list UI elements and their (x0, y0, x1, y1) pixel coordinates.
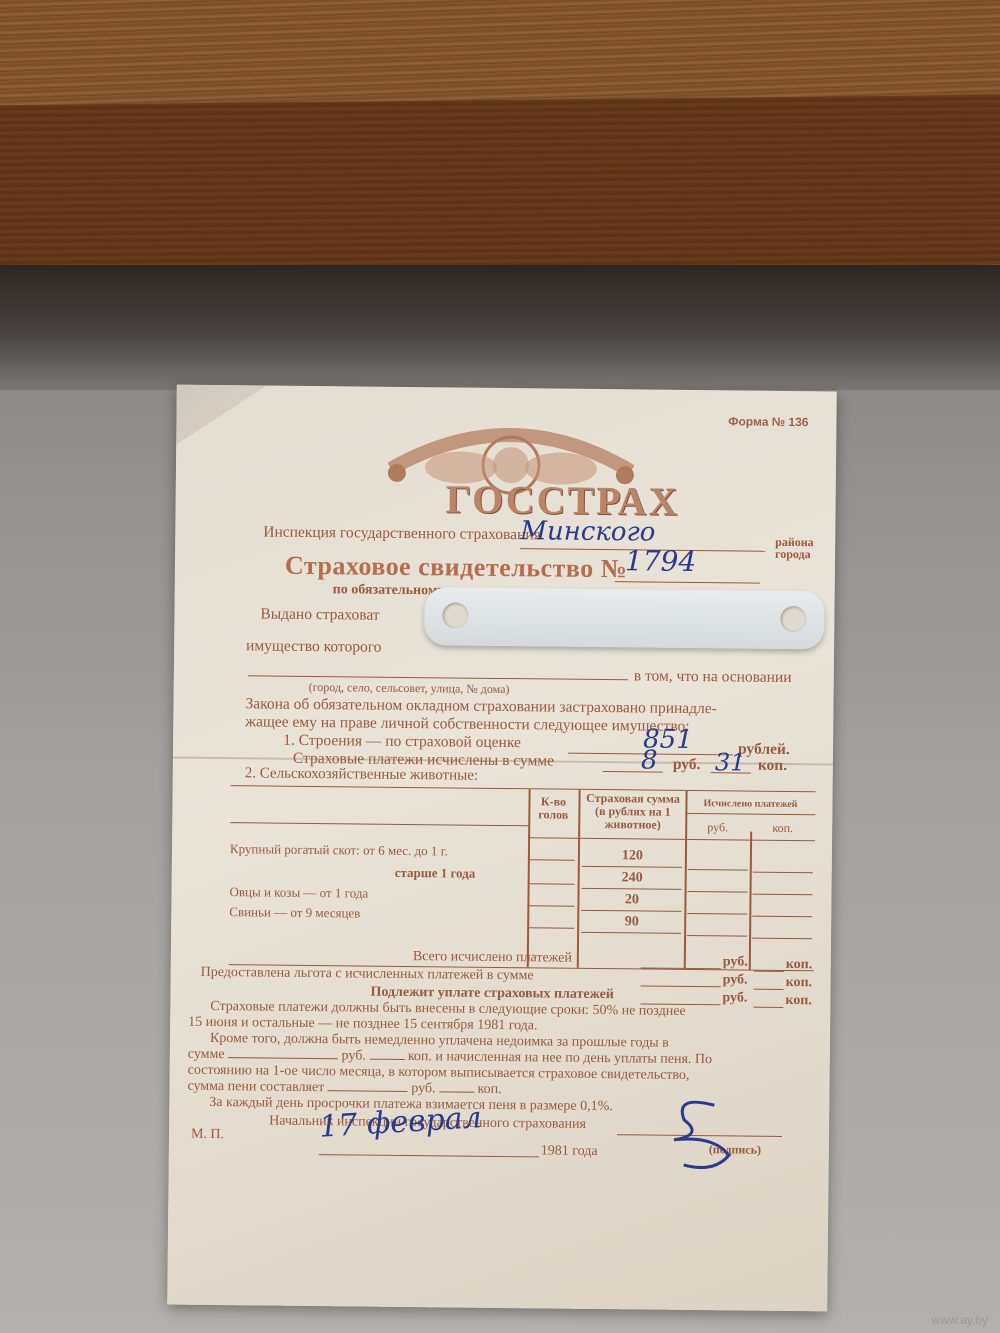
certificate-number: 1794 (625, 544, 697, 578)
address-hint: (город, село, сельсовет, улица, № дома) (309, 680, 510, 697)
folded-corner (176, 385, 267, 446)
total-rub-label: руб. (723, 954, 748, 970)
sum-pigs: 90 (584, 914, 679, 931)
stamp-label: М. П. (191, 1127, 224, 1143)
sum-cattle-adult: 240 (585, 870, 680, 887)
payments-kop-label: коп. (758, 757, 787, 775)
district-options: района города (775, 536, 814, 560)
row-label-cattle-young: Крупный рогатый скот: от 6 мес. до 1 г. (230, 841, 448, 859)
watermark: www.ay.by (932, 1313, 988, 1327)
total-kop-label: коп. (786, 957, 813, 973)
terms-line6-c: коп. (478, 1082, 502, 1097)
shadow-area (0, 265, 1000, 395)
wooden-shelf-top (0, 0, 1000, 110)
payments-rub: 8 (641, 745, 658, 775)
item2-label: 2. Сельскохозяйственные животные: (245, 765, 478, 784)
livestock-table: К-во голов Страховая сумма (в рублях на … (229, 785, 816, 971)
signature-scribble-icon (654, 1095, 745, 1176)
inspection-handwritten: Минского (520, 516, 655, 547)
header-rub: руб. (685, 821, 750, 835)
inspection-label: Инспекция государственного страхования (263, 523, 541, 544)
benefit-label: Предоставлена льгота с исчисленных плате… (201, 965, 534, 984)
sum-cattle-young: 120 (585, 848, 680, 865)
basis-text-1: в том, что на основании (634, 667, 792, 687)
year-label: 1981 года (541, 1143, 598, 1160)
number-underline (615, 581, 760, 584)
sum-sheep-goats: 20 (584, 892, 679, 909)
due-rub-label: руб. (722, 990, 747, 1006)
redaction-strip (424, 587, 825, 649)
due-kop-label: коп. (785, 993, 812, 1009)
form-number: Форма № 136 (728, 414, 808, 429)
header-insured-sum: Страховая сумма (в рублях на 1 животное) (580, 792, 685, 832)
terms-line6-b: руб. (411, 1081, 435, 1096)
row-label-cattle-adult: старше 1 года (395, 865, 476, 882)
header-kop: коп. (750, 822, 815, 836)
terms-line4-a: сумме (188, 1047, 225, 1062)
wooden-shelf-front (0, 95, 1000, 275)
header-count: К-во голов (528, 795, 578, 822)
insurance-certificate: Форма № 136 ГОССТРАХ Инспекция государст… (167, 385, 837, 1312)
terms-line4-b: руб. (342, 1048, 366, 1063)
certificate-title: Страховое свидетельство № (285, 551, 628, 585)
header-payments: Исчислено платежей (685, 797, 815, 811)
strip-hole-left (442, 602, 468, 628)
address-underline (248, 675, 628, 680)
property-label: имущество которого (246, 637, 382, 656)
terms-line4-c: коп. и начисленная на нее по день уплаты… (408, 1049, 712, 1067)
terms-line6-a: сумма пени составляет (187, 1079, 324, 1095)
total-label: Всего исчислено платежей (413, 949, 572, 967)
strip-hole-right (780, 606, 806, 632)
issued-to-label: Выдано страховат (260, 605, 379, 624)
row-label-pigs: Свиньи — от 9 месяцев (229, 904, 360, 921)
benefit-kop-label: коп. (786, 975, 813, 991)
benefit-rub-label: руб. (723, 972, 748, 988)
row-label-sheep-goats: Овцы и козы — от 1 года (229, 884, 368, 901)
payments-kop: 31 (715, 748, 746, 776)
payments-rub-label: руб. (673, 756, 701, 774)
